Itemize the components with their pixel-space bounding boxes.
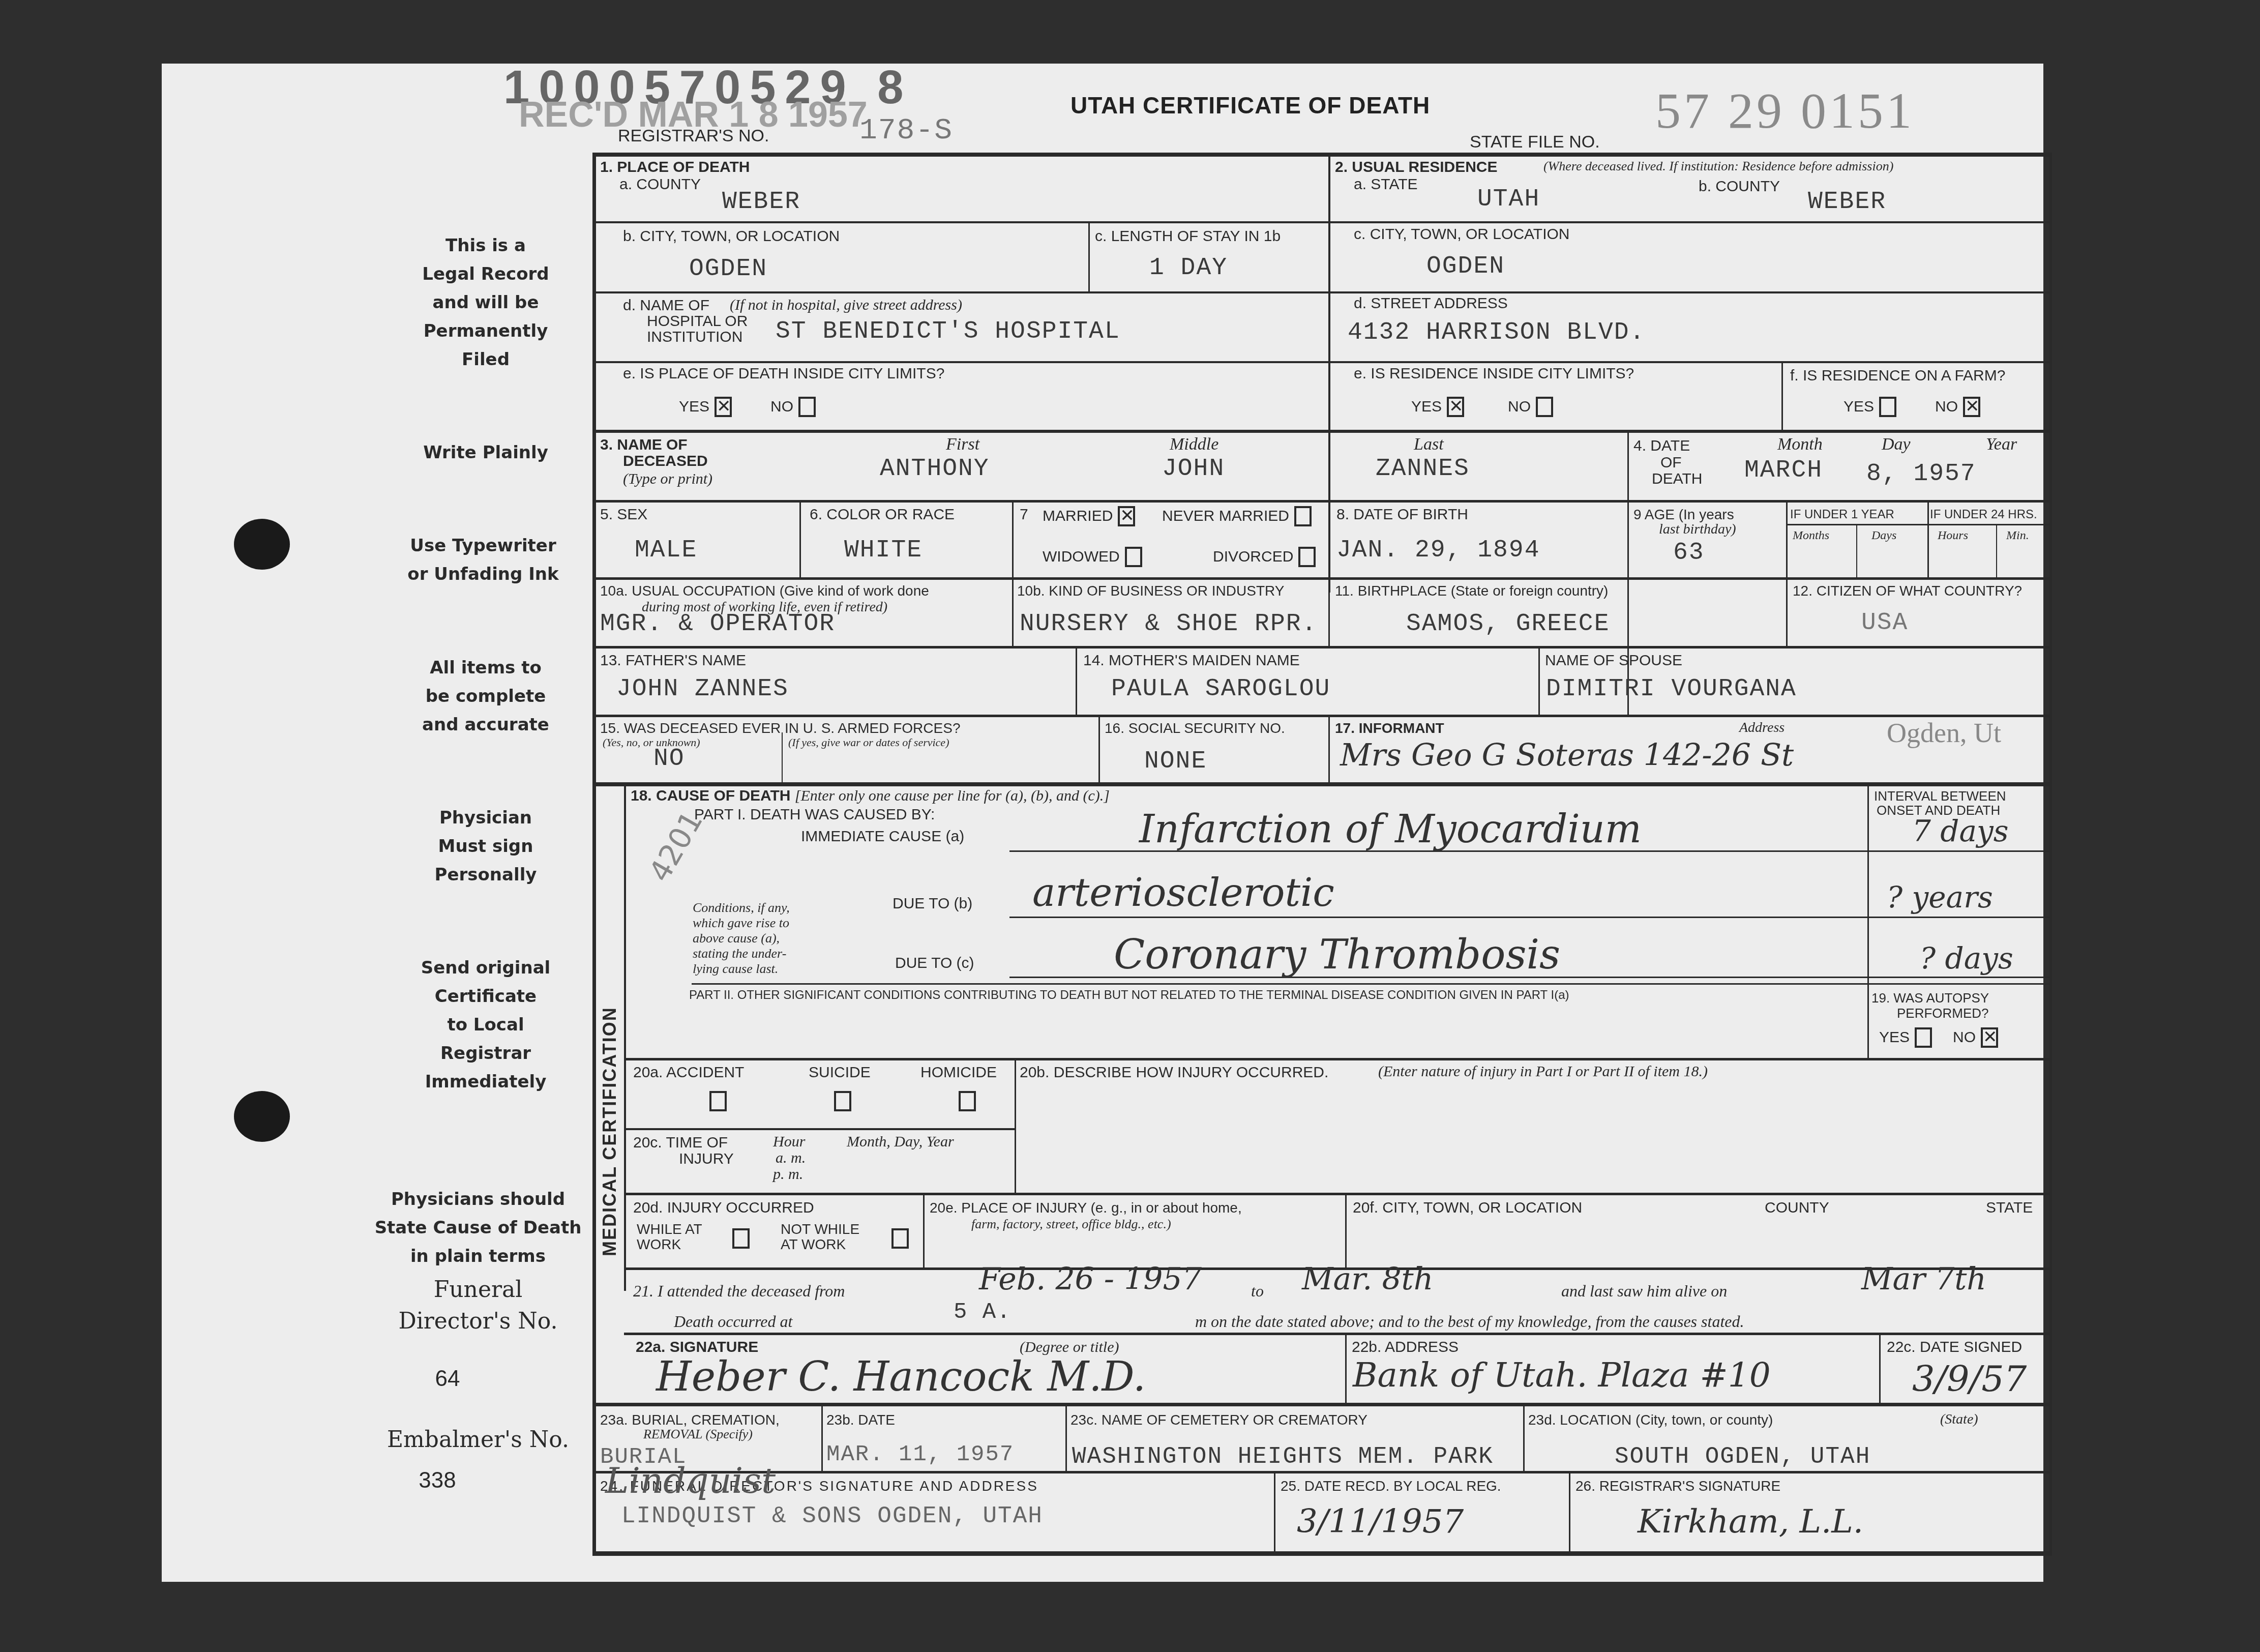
sidebar-note: All items to be complete and accurate — [392, 654, 580, 739]
checkbox-empty-icon[interactable] — [1915, 1027, 1932, 1048]
time-of-injury-label: 20c. TIME OF — [633, 1134, 728, 1152]
street-address-label: d. STREET ADDRESS — [1354, 295, 1508, 312]
hospital-label: HOSPITAL OR — [647, 313, 748, 330]
medical-certification-label: MEDICAL CERTIFICATION — [599, 1007, 620, 1256]
location-state-label: (State) — [1940, 1411, 1978, 1428]
residence-city-limits-label: e. IS RESIDENCE INSIDE CITY LIMITS? — [1354, 365, 1634, 382]
registrar-no-label: REGISTRAR'S NO. — [618, 127, 769, 144]
death-occurred-suffix: m on the date stated above; and to the b… — [1195, 1312, 1744, 1331]
cemetery-label: 23c. NAME OF CEMETERY OR CREMATORY — [1070, 1411, 1367, 1429]
month-day-year-label: Month, Day, Year — [847, 1133, 954, 1150]
injury-description-label: 20b. DESCRIBE HOW INJURY OCCURRED. — [1020, 1064, 1328, 1081]
embalmer-no-label: Embalmer's No. — [366, 1424, 590, 1456]
birthplace-value: SAMOS, GREECE — [1406, 610, 1610, 638]
suicide-checkbox[interactable] — [834, 1091, 851, 1111]
checkbox-empty-icon[interactable] — [1879, 397, 1896, 417]
sidebar-note: Write Plainly — [392, 438, 580, 467]
residence-city-limits-no[interactable]: NO — [1508, 397, 1553, 417]
year-label: Year — [1986, 435, 2017, 454]
autopsy-no[interactable]: NO ✕ — [1953, 1027, 1998, 1048]
accident-label: 20a. ACCIDENT — [633, 1064, 744, 1081]
immediate-cause-label: IMMEDIATE CAUSE (a) — [801, 828, 964, 845]
middle-name-value: JOHN — [1162, 455, 1225, 483]
due-to-b-label: DUE TO (b) — [893, 895, 972, 912]
residence-city-value: OGDEN — [1426, 253, 1505, 280]
death-county-label: a. COUNTY — [619, 176, 701, 193]
residence-state-label: a. STATE — [1354, 176, 1418, 193]
hours-label: Hours — [1938, 529, 1968, 543]
last-saw-label: and last saw him alive on — [1561, 1282, 1727, 1301]
deceased-name-label: DECEASED — [623, 453, 708, 470]
race-value: WHITE — [844, 537, 923, 564]
autopsy-label: PERFORMED? — [1897, 1005, 1989, 1022]
date-signed-label: 22c. DATE SIGNED — [1887, 1339, 2022, 1356]
citizen-value: USA — [1861, 609, 1908, 637]
residence-county-value: WEBER — [1808, 188, 1886, 216]
injury-occurred-label: 20d. INJURY OCCURRED — [633, 1199, 814, 1217]
checkbox-checked-icon[interactable]: ✕ — [1447, 397, 1464, 417]
farm-no[interactable]: NO ✕ — [1935, 397, 1980, 417]
injury-county-label: COUNTY — [1765, 1199, 1829, 1217]
sidebar-note: Send original Certificate to Local Regis… — [392, 954, 580, 1096]
never-married-option[interactable]: NEVER MARRIED — [1162, 506, 1312, 526]
place-of-injury-label: 20e. PLACE OF INJURY (e. g., in or about… — [930, 1199, 1242, 1217]
residence-county-label: b. COUNTY — [1699, 178, 1780, 195]
death-city-value: OGDEN — [689, 255, 767, 283]
father-name-value: JOHN ZANNES — [616, 675, 789, 703]
death-city-limits-yes[interactable]: YES ✕ — [679, 397, 732, 417]
dob-value: JAN. 29, 1894 — [1336, 537, 1540, 564]
age-value: 63 — [1673, 539, 1705, 567]
suicide-label: SUICIDE — [809, 1064, 871, 1081]
sex-value: MALE — [635, 537, 697, 564]
registrar-no: 178-S — [859, 114, 953, 147]
death-city-limits-no[interactable]: NO — [770, 397, 816, 417]
autopsy-label: 19. WAS AUTOPSY — [1871, 989, 1989, 1007]
death-city-limits-label: e. IS PLACE OF DEATH INSIDE CITY LIMITS? — [623, 365, 944, 382]
cause-a-value: Infarction of Myocardium — [1139, 806, 1642, 851]
am-label: a. m. — [776, 1149, 806, 1167]
death-county-value: WEBER — [722, 188, 800, 216]
date-received-label: 25. DATE RECD. BY LOCAL REG. — [1281, 1478, 1501, 1495]
residence-city-label: c. CITY, TOWN, OR LOCATION — [1354, 226, 1570, 243]
checkbox-empty-icon[interactable] — [798, 397, 816, 417]
interval-c-value: ? days — [1920, 941, 2013, 976]
punch-hole — [234, 519, 290, 570]
informant-address-label: Address — [1739, 720, 1785, 736]
months-label: Months — [1793, 529, 1829, 543]
to-label: to — [1251, 1282, 1264, 1301]
not-while-at-work-label: NOT WHILE AT WORK — [781, 1222, 859, 1252]
burial-date-label: 23b. DATE — [826, 1411, 895, 1429]
document-title: UTAH CERTIFICATE OF DEATH — [1070, 92, 1430, 119]
physician-signature: Heber C. Hancock M.D. — [656, 1353, 1146, 1400]
time-of-injury-label: INJURY — [679, 1150, 734, 1168]
death-occurred-label: Death occurred at — [674, 1312, 792, 1331]
under-24-hours-label: IF UNDER 24 HRS. — [1930, 506, 2037, 523]
death-month-value: MARCH — [1744, 457, 1823, 484]
spouse-name-label: NAME OF SPOUSE — [1545, 652, 1682, 669]
attended-label: 21. I attended the deceased from — [633, 1282, 845, 1301]
deceased-name-label: 3. NAME OF — [600, 436, 688, 454]
armed-forces-service-hint: (If yes, give war or dates of service) — [788, 736, 949, 749]
ssn-label: 16. SOCIAL SECURITY NO. — [1105, 720, 1285, 737]
race-label: 6. COLOR OR RACE — [810, 506, 955, 523]
mother-name-label: 14. MOTHER'S MAIDEN NAME — [1083, 652, 1300, 669]
sidebar-note: Use Typewriter or Unfading Ink — [386, 532, 580, 588]
hour-label: Hour — [773, 1133, 805, 1150]
sidebar-note: Physicians should State Cause of Death i… — [366, 1185, 590, 1271]
last-name-label: Last — [1414, 435, 1444, 454]
funeral-director-value: LINDQUIST & SONS OGDEN, UTAH — [621, 1503, 1043, 1529]
hospital-value: ST BENEDICT'S HOSPITAL — [776, 318, 1120, 345]
registrar-signature: Kirkham, L.L. — [1638, 1503, 1863, 1541]
place-of-death-label: 1. PLACE OF DEATH — [600, 159, 750, 176]
date-signed-value: 3/9/57 — [1912, 1358, 2027, 1400]
interval-b-value: ? years — [1887, 880, 1993, 914]
last-name-value: ZANNES — [1376, 455, 1470, 483]
funeral-director-no-label: Funeral Director's No. — [366, 1274, 590, 1337]
autopsy-yes[interactable]: YES — [1879, 1027, 1932, 1048]
age-hint: last birthday) — [1659, 521, 1736, 538]
while-at-work-label: WHILE AT WORK — [637, 1222, 702, 1252]
embalmer-no: 338 — [386, 1465, 488, 1496]
checkbox-empty-icon[interactable] — [1536, 397, 1553, 417]
first-name-value: ANTHONY — [880, 455, 990, 483]
homicide-label: HOMICIDE — [920, 1064, 997, 1081]
punch-hole — [234, 1091, 290, 1142]
date-of-death-label: OF — [1660, 454, 1682, 471]
checkbox-checked-icon[interactable]: ✕ — [715, 397, 732, 417]
date-received-value: 3/11/1957 — [1297, 1503, 1464, 1541]
sidebar-note: Physician Must sign Personally — [392, 804, 580, 889]
father-name-label: 13. FATHER'S NAME — [600, 652, 746, 669]
physician-address-value: Bank of Utah. Plaza #10 — [1353, 1355, 1771, 1395]
state-file-no: 57 29 0151 — [1655, 81, 1915, 140]
month-label: Month — [1777, 435, 1823, 454]
minutes-label: Min. — [2006, 529, 2029, 543]
date-of-death-label: 4. DATE — [1633, 437, 1690, 455]
injury-state-label: STATE — [1986, 1199, 2033, 1217]
while-at-work-checkbox[interactable] — [732, 1228, 750, 1249]
occupation-label: 10a. USUAL OCCUPATION (Give kind of work… — [600, 582, 929, 600]
due-to-c-label: DUE TO (c) — [895, 955, 974, 972]
checkbox-empty-icon[interactable] — [1294, 506, 1312, 526]
death-time-value: 5 A. — [954, 1300, 1012, 1325]
sidebar-note: This is a Legal Record and will be Perma… — [392, 231, 580, 374]
informant-value: Mrs Geo G Soteras 142-26 St — [1340, 737, 1794, 773]
business-value: NURSERY & SHOE RPR. — [1020, 610, 1317, 638]
days-label: Days — [1871, 529, 1896, 543]
disposition-hint: REMOVAL (Specify) — [643, 1427, 753, 1442]
place-of-injury-hint: farm, factory, street, office bldg., etc… — [971, 1217, 1171, 1232]
accident-checkbox[interactable] — [709, 1091, 727, 1111]
checkbox-checked-icon[interactable]: ✕ — [1963, 397, 1980, 417]
interval-a-value: 7 days — [1912, 814, 2009, 848]
first-name-label: First — [946, 435, 979, 454]
cause-of-death-label: 18. CAUSE OF DEATH [Enter only one cause… — [631, 787, 1110, 805]
physician-address-label: 22b. ADDRESS — [1352, 1339, 1459, 1356]
occupation-value: MGR. & OPERATOR — [600, 610, 835, 638]
cause-b-value: arteriosclerotic — [1032, 870, 1334, 915]
length-of-stay-label: c. LENGTH OF STAY IN 1b — [1095, 228, 1281, 245]
sex-label: 5. SEX — [600, 506, 647, 523]
pm-label: p. m. — [773, 1166, 803, 1183]
ssn-value: NONE — [1144, 748, 1207, 775]
married-option[interactable]: MARRIED ✕ — [1043, 506, 1135, 526]
hospital-label: INSTITUTION — [647, 329, 742, 346]
homicide-checkbox[interactable] — [959, 1091, 976, 1111]
street-address-value: 4132 HARRISON BLVD. — [1348, 319, 1645, 346]
location-label: 23d. LOCATION (City, town, or county) — [1528, 1411, 1773, 1429]
part-1-label: PART I. DEATH WAS CAUSED BY: — [694, 806, 935, 823]
informant-city: Ogden, Ut — [1887, 717, 2001, 749]
armed-forces-value: NO — [653, 745, 685, 773]
dob-label: 8. DATE OF BIRTH — [1336, 506, 1468, 523]
checkbox-checked-icon[interactable]: ✕ — [1118, 506, 1135, 526]
last-saw-value: Mar 7th — [1861, 1261, 1986, 1297]
residence-state-value: UTAH — [1477, 186, 1540, 213]
residence-label: 2. USUAL RESIDENCE — [1335, 159, 1498, 176]
cemetery-value: WASHINGTON HEIGHTS MEM. PARK — [1072, 1443, 1494, 1470]
spouse-name-value: DIMITRI VOURGANA — [1546, 675, 1797, 703]
mother-name-value: PAULA SAROGLOU — [1111, 675, 1330, 703]
part-2-label: PART II. OTHER SIGNIFICANT CONDITIONS CO… — [689, 987, 1569, 1004]
birthplace-label: 11. BIRTHPLACE (State or foreign country… — [1335, 582, 1608, 600]
divorced-option[interactable]: DIVORCED — [1213, 547, 1316, 567]
disposition-label: 23a. BURIAL, CREMATION, — [600, 1411, 780, 1429]
farm-label: f. IS RESIDENCE ON A FARM? — [1790, 367, 2005, 385]
residence-hint: (Where deceased lived. If institution: R… — [1543, 159, 1893, 174]
injury-description-hint: (Enter nature of injury in Part I or Par… — [1378, 1063, 1708, 1080]
middle-name-label: Middle — [1170, 435, 1218, 454]
death-day-year-value: 8, 1957 — [1866, 460, 1976, 488]
age-label: 9 AGE (In years — [1633, 506, 1734, 523]
under-1-year-label: IF UNDER 1 YEAR — [1790, 506, 1894, 523]
widowed-option[interactable]: WIDOWED — [1043, 547, 1142, 567]
day-label: Day — [1882, 435, 1911, 454]
cause-c-value: Coronary Thrombosis — [1114, 931, 1560, 978]
funeral-director-signature: Lindquist — [605, 1460, 776, 1501]
informant-label: 17. INFORMANT — [1335, 720, 1444, 737]
not-while-at-work-checkbox[interactable] — [891, 1228, 909, 1249]
location-value: SOUTH OGDEN, UTAH — [1615, 1443, 1870, 1470]
conditions-hint: Conditions, if any, which gave rise to a… — [693, 900, 790, 977]
registrar-signature-label: 26. REGISTRAR'S SIGNATURE — [1575, 1478, 1780, 1495]
hospital-label: d. NAME OF — [623, 297, 709, 314]
burial-date-value: MAR. 11, 1957 — [826, 1442, 1014, 1467]
date-of-death-label: DEATH — [1652, 470, 1702, 488]
farm-yes[interactable]: YES — [1843, 397, 1896, 417]
deceased-name-hint: (Type or print) — [623, 470, 712, 488]
hospital-hint: (If not in hospital, give street address… — [730, 297, 962, 314]
residence-city-limits-yes[interactable]: YES ✕ — [1411, 397, 1464, 417]
attended-from-value: Feb. 26 - 1957 — [979, 1261, 1202, 1297]
citizen-label: 12. CITIZEN OF WHAT COUNTRY? — [1793, 582, 2022, 600]
attended-to-value: Mar. 8th — [1302, 1261, 1433, 1297]
business-label: 10b. KIND OF BUSINESS OR INDUSTRY — [1017, 582, 1284, 600]
checkbox-empty-icon[interactable] — [1125, 547, 1142, 567]
funeral-director-no: 64 — [397, 1363, 498, 1395]
armed-forces-label: 15. WAS DECEASED EVER IN U. S. ARMED FOR… — [600, 720, 960, 737]
checkbox-empty-icon[interactable] — [1298, 547, 1316, 567]
state-file-label: STATE FILE NO. — [1470, 133, 1600, 151]
length-of-stay-value: 1 DAY — [1149, 254, 1228, 282]
injury-city-label: 20f. CITY, TOWN, OR LOCATION — [1353, 1199, 1582, 1217]
armed-forces-hint: (Yes, no, or unknown) — [603, 736, 700, 749]
death-city-label: b. CITY, TOWN, OR LOCATION — [623, 228, 840, 245]
checkbox-checked-icon[interactable]: ✕ — [1981, 1027, 1998, 1048]
marital-label: 7 — [1020, 506, 1028, 523]
